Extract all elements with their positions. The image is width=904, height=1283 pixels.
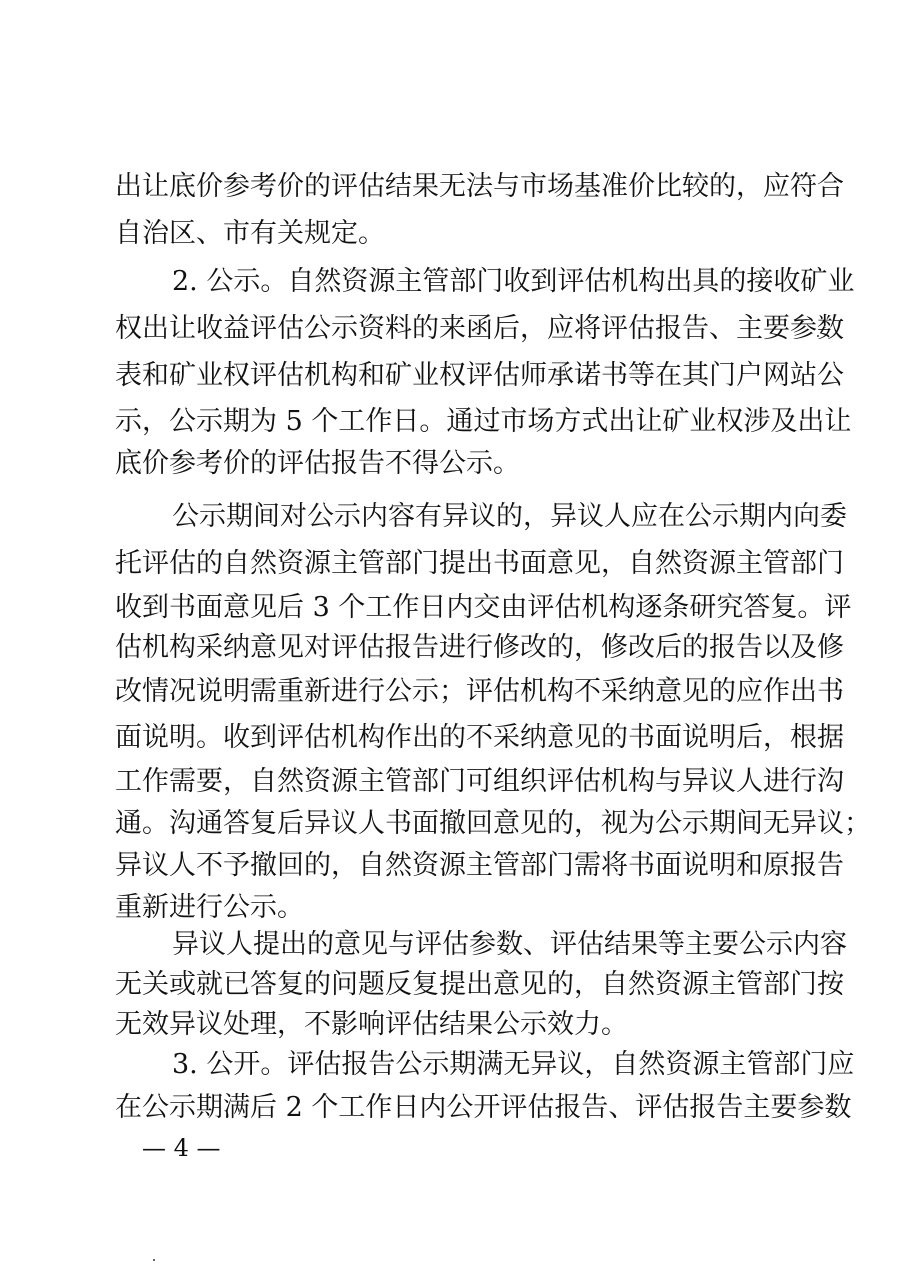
paragraph-line: 工作需要，自然资源主管部门可组织评估机构与异议人进行沟 (115, 765, 777, 799)
paragraph-line: 无关或就已答复的问题反复提出意见的，自然资源主管部门按 (115, 968, 777, 1002)
paragraph-line: 托评估的自然资源主管部门提出书面意见，自然资源主管部门 (115, 547, 777, 581)
paragraph-line: 公示期间对公示内容有异议的，异议人应在公示期内向委 (172, 500, 777, 534)
paragraph-line: 无效异议处理，不影响评估结果公示效力。 (115, 1008, 777, 1042)
paragraph-line: 收到书面意见后 3 个工作日内交由评估机构逐条研究答复。评 (115, 591, 777, 625)
scan-speck (817, 335, 819, 337)
paragraph-line: 异议人不予撤回的，自然资源主管部门需将书面说明和原报告 (115, 849, 777, 883)
section-heading-line: 2. 公示。自然资源主管部门收到评估机构出具的接收矿业 (172, 265, 777, 299)
paragraph-line: 表和矿业权评估机构和矿业权评估师承诺书等在其门户网站公 (115, 359, 777, 393)
scan-speck (153, 1259, 155, 1261)
document-page: 出让底价参考价的评估结果无法与市场基准价比较的，应符合 自治区、市有关规定。 2… (0, 0, 904, 1283)
page-number: — 4 — (142, 1131, 221, 1165)
paragraph-line: 自治区、市有关规定。 (115, 217, 777, 251)
paragraph-line: 在公示期满后 2 个工作日内公开评估报告、评估报告主要参数 (115, 1091, 777, 1125)
paragraph-line: 改情况说明需重新进行公示；评估机构不采纳意见的应作出书 (115, 675, 777, 709)
paragraph-line: 通。沟通答复后异议人书面撤回意见的，视为公示期间无异议； (115, 807, 777, 841)
paragraph-line: 权出让收益评估公示资料的来函后，应将评估报告、主要参数 (115, 312, 777, 346)
paragraph-line: 示，公示期为 5 个工作日。通过市场方式出让矿业权涉及出让 (115, 405, 777, 439)
paragraph-line: 出让底价参考价的评估结果无法与市场基准价比较的，应符合 (115, 170, 777, 204)
paragraph-line: 面说明。收到评估机构作出的不采纳意见的书面说明后，根据 (115, 721, 777, 755)
paragraph-line: 异议人提出的意见与评估参数、评估结果等主要公示内容 (172, 928, 777, 962)
paragraph-line: 重新进行公示。 (115, 891, 777, 925)
section-heading-line: 3. 公开。评估报告公示期满无异议，自然资源主管部门应 (172, 1048, 777, 1082)
paragraph-line: 底价参考价的评估报告不得公示。 (115, 447, 777, 481)
paragraph-line: 估机构采纳意见对评估报告进行修改的，修改后的报告以及修 (115, 631, 777, 665)
